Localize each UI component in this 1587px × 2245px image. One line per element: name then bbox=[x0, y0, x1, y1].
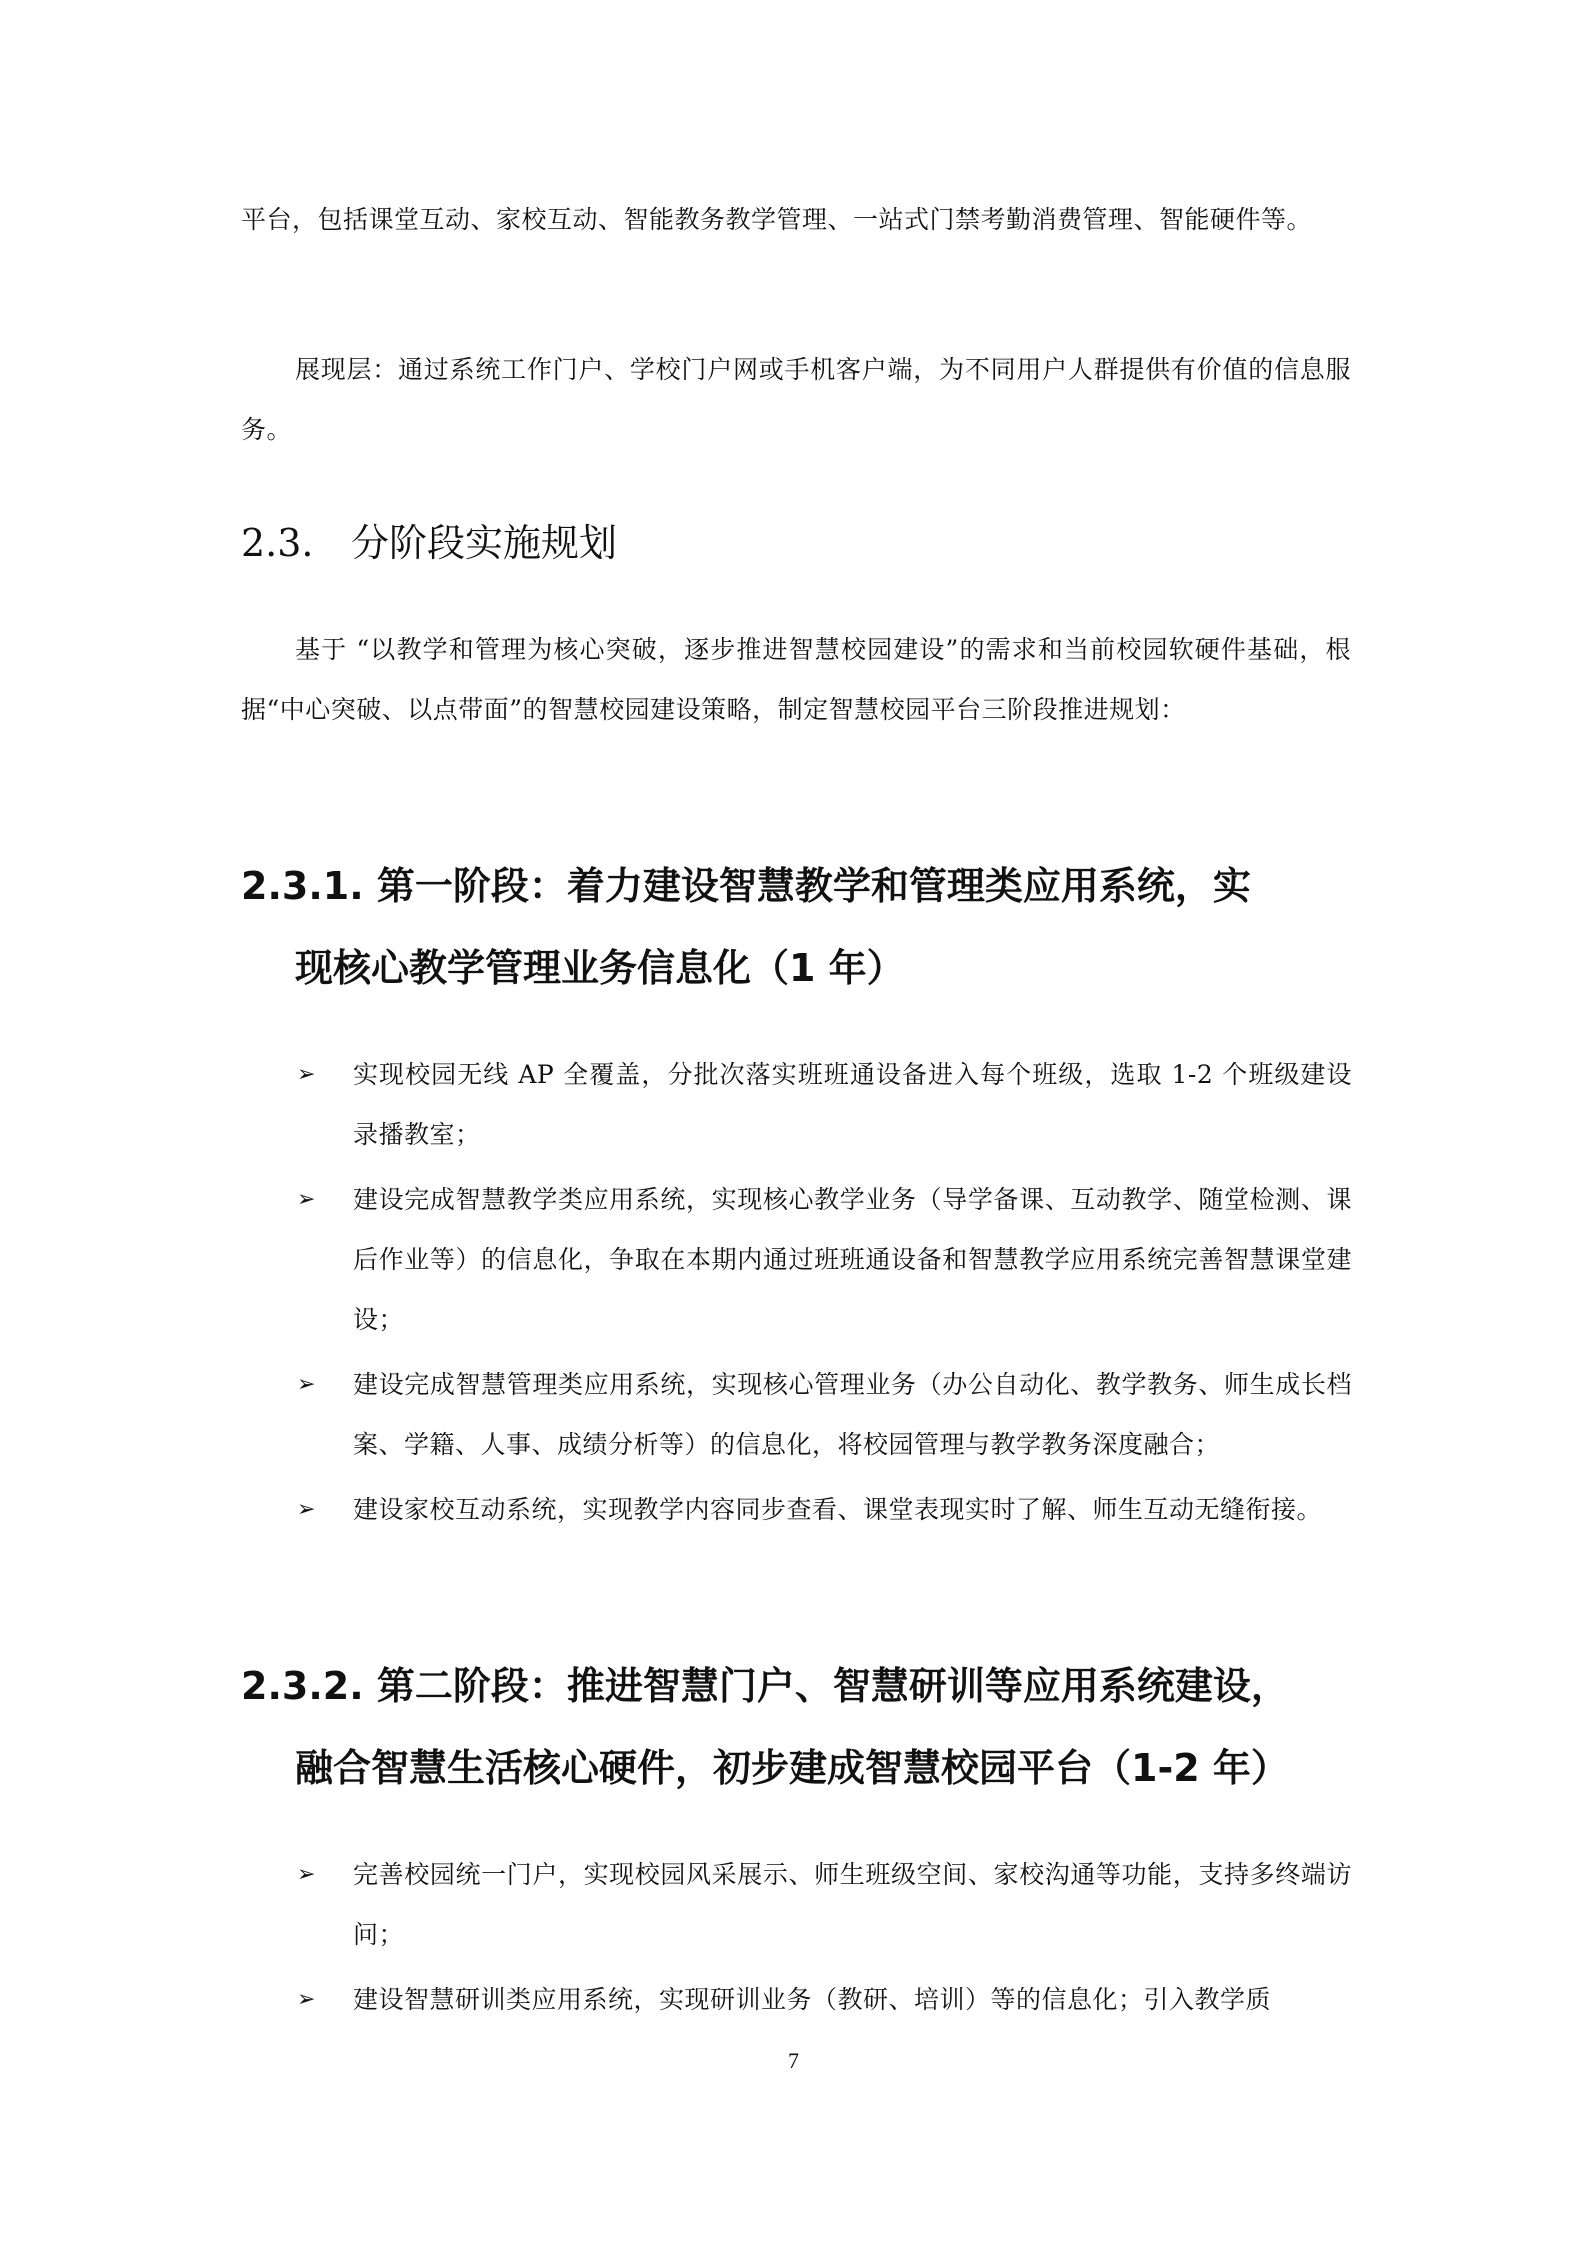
list-item: ➢ 建设完成智慧教学类应用系统，实现核心教学业务（导学备课、互动教学、随堂检测、… bbox=[297, 1170, 1352, 1350]
arrow-bullet-icon: ➢ bbox=[297, 1845, 316, 1905]
arrow-bullet-icon: ➢ bbox=[297, 1170, 316, 1230]
list-item: ➢ 实现校园无线 AP 全覆盖，分批次落实班班通设备进入每个班级，选取 1-2 … bbox=[297, 1045, 1352, 1165]
arrow-bullet-icon: ➢ bbox=[297, 1045, 316, 1105]
section-number: 2.3. bbox=[241, 518, 351, 568]
list-item: ➢ 建设智慧研训类应用系统，实现研训业务（教研、培训）等的信息化；引入教学质 bbox=[297, 1970, 1352, 2030]
document-page: 平台，包括课堂互动、家校互动、智能教务教学管理、一站式门禁考勤消费管理、智能硬件… bbox=[0, 0, 1587, 2245]
section-intro-paragraph: 基于 “以教学和管理为核心突破，逐步推进智慧校园建设”的需求和当前校园软硬件基础… bbox=[241, 620, 1351, 740]
section-title: 分阶段实施规划 bbox=[351, 521, 617, 565]
list-item: ➢ 完善校园统一门户，实现校园风采展示、师生班级空间、家校沟通等功能，支持多终端… bbox=[297, 1845, 1352, 1965]
heading-line-1: 2.3.2. 第二阶段：推进智慧门户、智慧研训等应用系统建设， bbox=[241, 1664, 1289, 1708]
arrow-bullet-icon: ➢ bbox=[297, 1480, 316, 1540]
section-2-3-1-heading: 2.3.1. 第一阶段：着力建设智慧教学和管理类应用系统，实 现核心教学管理业务… bbox=[241, 845, 1361, 1009]
section-2-3-heading: 2.3.分阶段实施规划 bbox=[241, 518, 617, 568]
heading-line-2: 融合智慧生活核心硬件，初步建成智慧校园平台（1-2 年） bbox=[241, 1727, 1361, 1809]
presentation-paragraph: 展现层：通过系统工作门户、学校门户网或手机客户端，为不同用户人群提供有价值的信息… bbox=[241, 340, 1351, 460]
heading-line-2: 现核心教学管理业务信息化（1 年） bbox=[241, 927, 1361, 1009]
top-paragraph: 平台，包括课堂互动、家校互动、智能教务教学管理、一站式门禁考勤消费管理、智能硬件… bbox=[241, 190, 1351, 250]
page-number: 7 bbox=[0, 2048, 1587, 2074]
arrow-bullet-icon: ➢ bbox=[297, 1355, 316, 1415]
arrow-bullet-icon: ➢ bbox=[297, 1970, 316, 2030]
heading-line-1: 2.3.1. 第一阶段：着力建设智慧教学和管理类应用系统，实 bbox=[241, 864, 1251, 908]
section-2-3-2-heading: 2.3.2. 第二阶段：推进智慧门户、智慧研训等应用系统建设， 融合智慧生活核心… bbox=[241, 1645, 1361, 1809]
list-item: ➢ 建设完成智慧管理类应用系统，实现核心管理业务（办公自动化、教学教务、师生成长… bbox=[297, 1355, 1352, 1475]
list-item: ➢ 建设家校互动系统，实现教学内容同步查看、课堂表现实时了解、师生互动无缝衔接。 bbox=[297, 1480, 1352, 1540]
